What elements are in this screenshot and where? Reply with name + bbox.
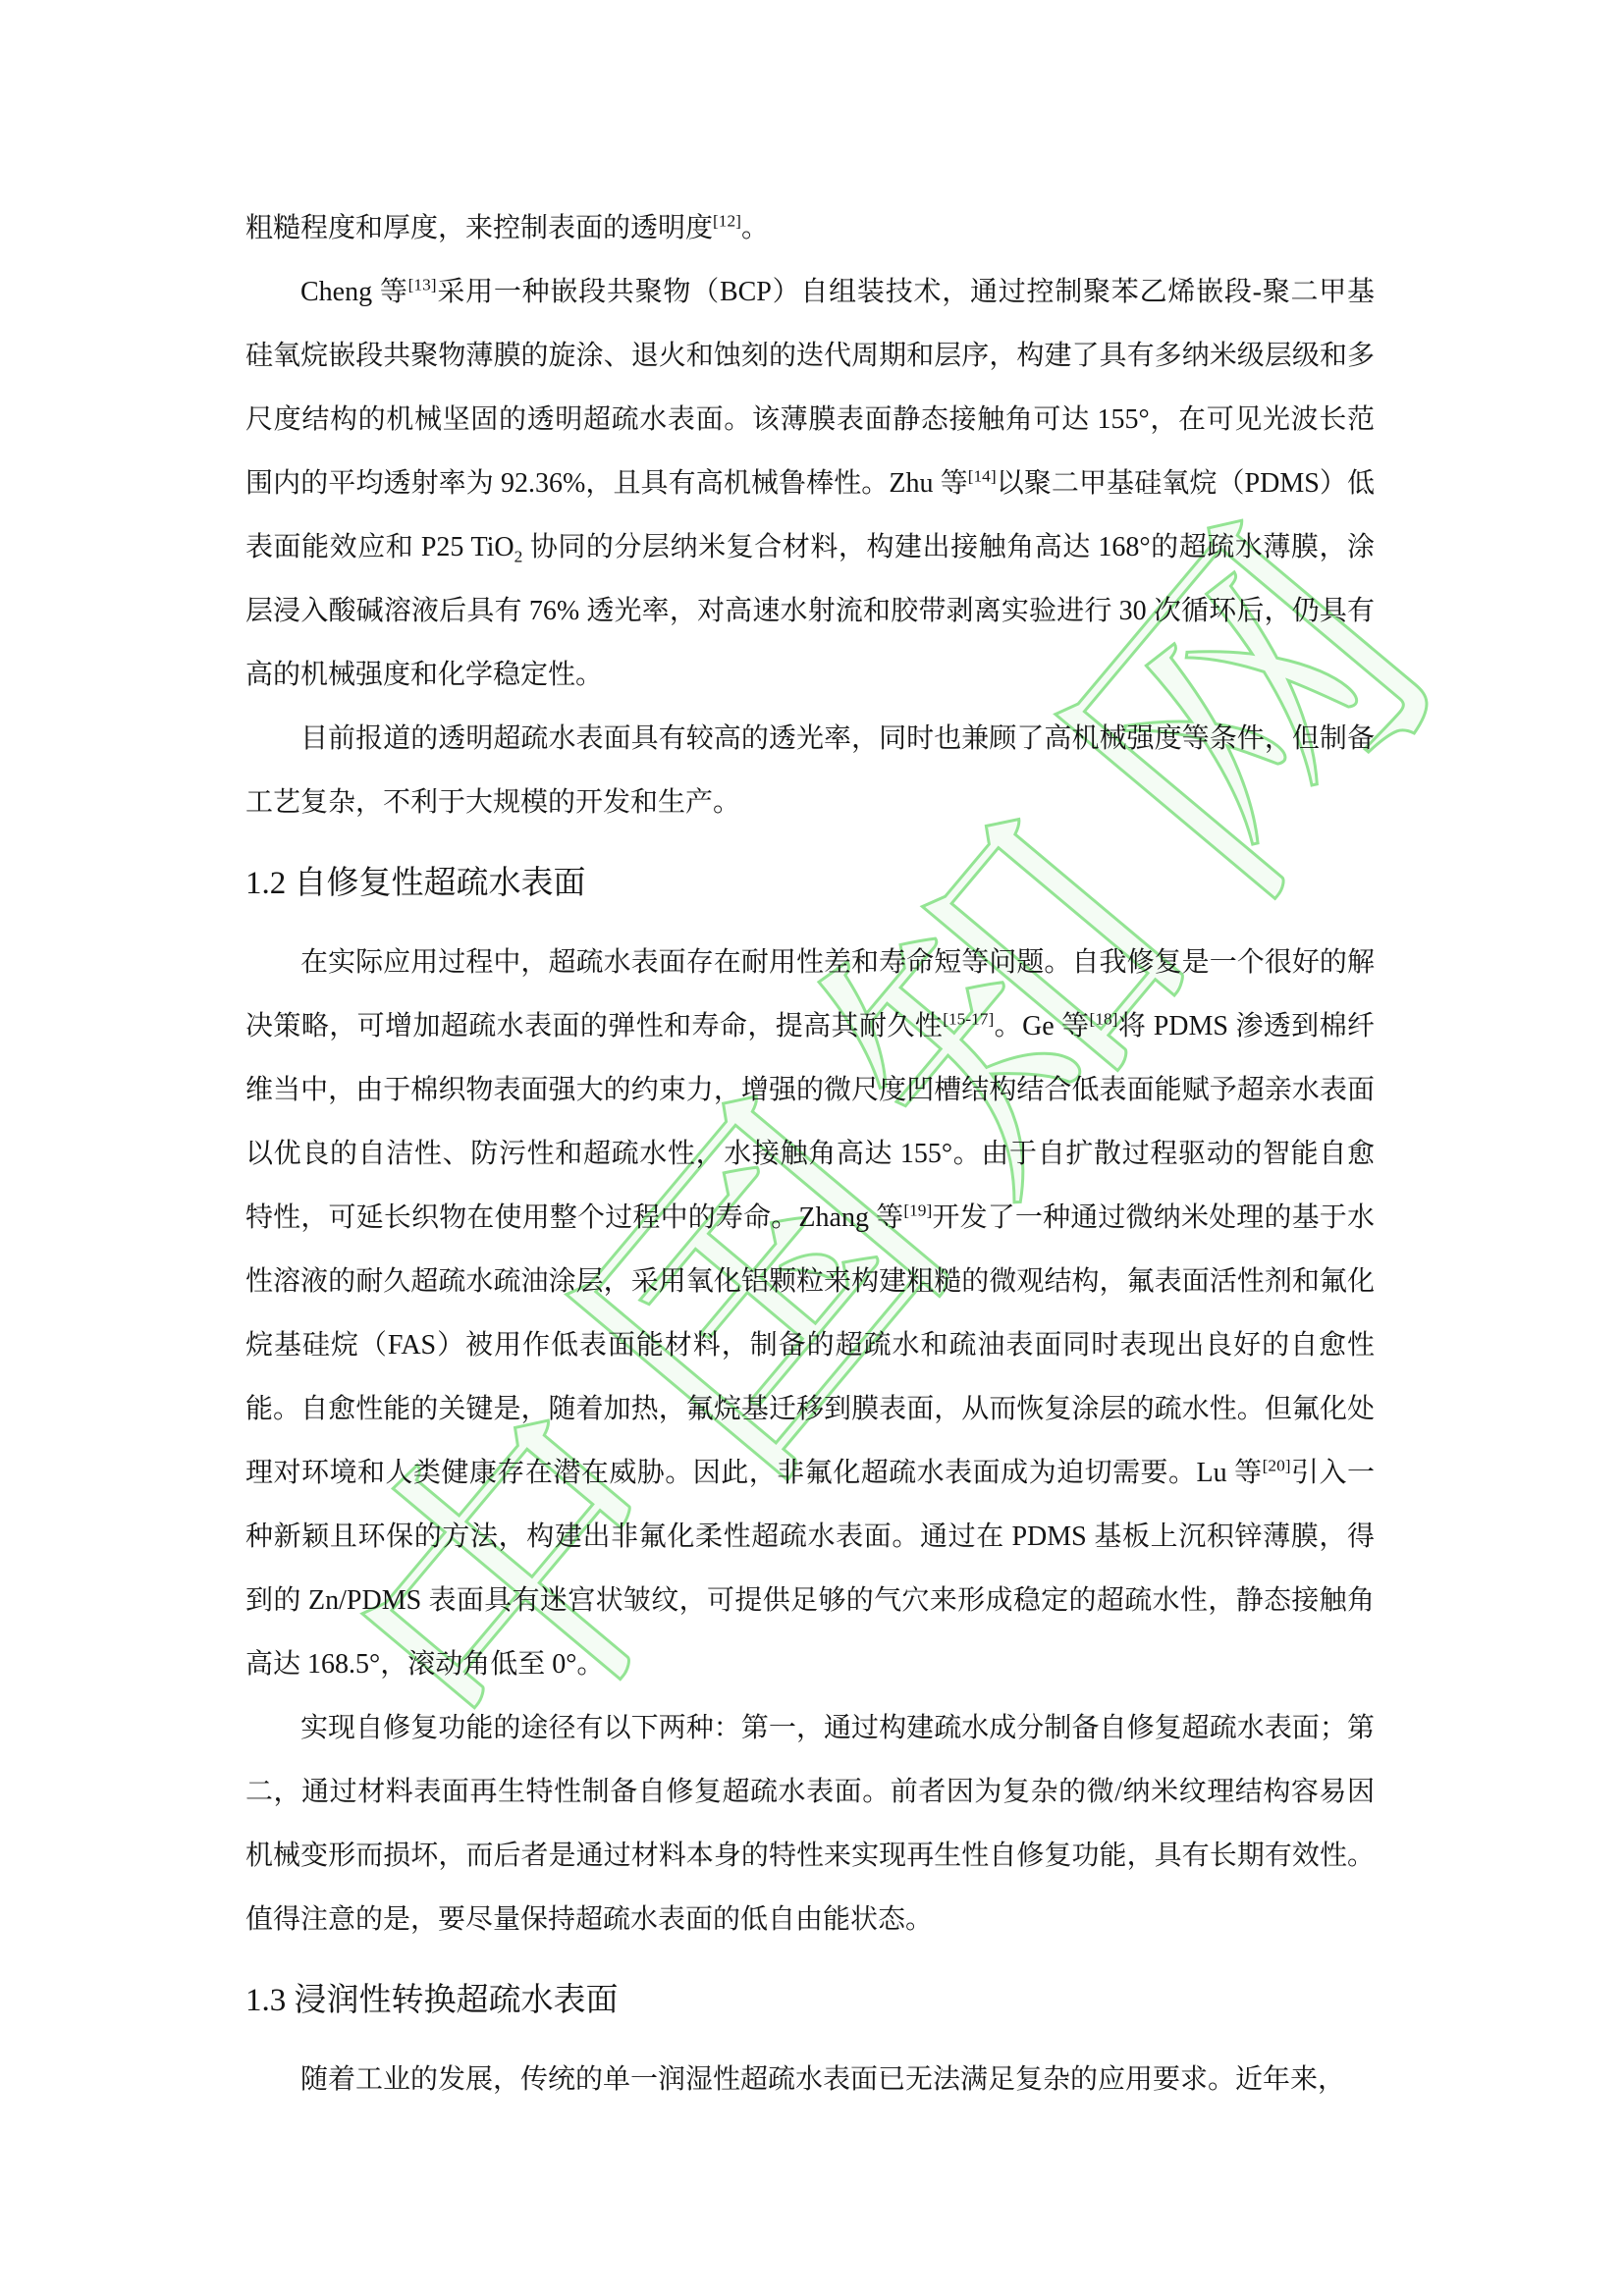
paragraph-wettability-transition-intro: 随着工业的发展，传统的单一润湿性超疏水表面已无法满足复杂的应用要求。近年来， (245, 2048, 1375, 2111)
section-heading-1-2: 1.2 自修复性超疏水表面 (245, 852, 1375, 916)
citation-ref: [19] (903, 1201, 932, 1220)
body-text-run: 引入一种新颖且环保的方法，构建出非氟化柔性超疏水表面。通过在 PDMS 基板上沉… (245, 1458, 1375, 1680)
paragraph-self-healing-approaches: 实现自修复功能的途径有以下两种：第一，通过构建疏水成分制备自修复超疏水表面；第二… (245, 1696, 1375, 1951)
body-text-run: 将 PDMS 渗透到棉纤维当中，由于棉织物表面强大的约束力，增强的微尺度凹槽结构… (245, 1011, 1375, 1233)
paragraph-current-limitations: 目前报道的透明超疏水表面具有较高的透光率，同时也兼顾了高机械强度等条件，但制备工… (245, 707, 1375, 834)
citation-ref: [15-17] (943, 1010, 994, 1029)
citation-ref: [20] (1263, 1457, 1291, 1475)
page-content: 粗糙程度和厚度，来控制表面的透明度[12]。 Cheng 等[13]采用一种嵌段… (0, 0, 1624, 2111)
body-text-run: 粗糙程度和厚度，来控制表面的透明度 (245, 213, 713, 243)
paragraph-self-healing-surfaces: 在实际应用过程中，超疏水表面存在耐用性差和寿命短等问题。自我修复是一个很好的解决… (245, 931, 1375, 1696)
citation-ref: [14] (968, 467, 997, 486)
body-text-run: 目前报道的透明超疏水表面具有较高的透光率，同时也兼顾了高机械强度等条件，但制备工… (245, 723, 1375, 818)
chemical-subscript: 2 (514, 548, 523, 566)
body-text-run: 。Ge 等 (994, 1011, 1089, 1041)
citation-ref: [18] (1090, 1010, 1118, 1029)
body-text-run: 采用一种嵌段共聚物（BCP）自组装技术，通过控制聚苯乙烯嵌段-聚二甲基硅氧烷嵌段… (245, 277, 1375, 499)
citation-ref: [13] (408, 276, 437, 294)
body-text-run: 随着工业的发展，传统的单一润湿性超疏水表面已无法满足复杂的应用要求。近年来， (300, 2064, 1345, 2095)
body-text-run: 实现自修复功能的途径有以下两种：第一，通过构建疏水成分制备自修复超疏水表面；第二… (245, 1713, 1375, 1935)
citation-ref: [12] (713, 212, 741, 231)
paragraph-transparency-continuation: 粗糙程度和厚度，来控制表面的透明度[12]。 (245, 196, 1375, 260)
document-page: 中国知网 粗糙程度和厚度，来控制表面的透明度[12]。 Cheng 等[13]采… (0, 0, 1624, 2296)
paragraph-cheng-zhu-transparent-surfaces: Cheng 等[13]采用一种嵌段共聚物（BCP）自组装技术，通过控制聚苯乙烯嵌… (245, 260, 1375, 707)
body-text-run: 。 (741, 213, 769, 243)
section-heading-1-3: 1.3 浸润性转换超疏水表面 (245, 1969, 1375, 2033)
body-text-run: 开发了一种通过微纳米处理的基于水性溶液的耐久超疏水疏油涂层，采用氧化铝颗粒来构建… (245, 1202, 1375, 1488)
body-text-run: Cheng 等 (300, 277, 408, 307)
